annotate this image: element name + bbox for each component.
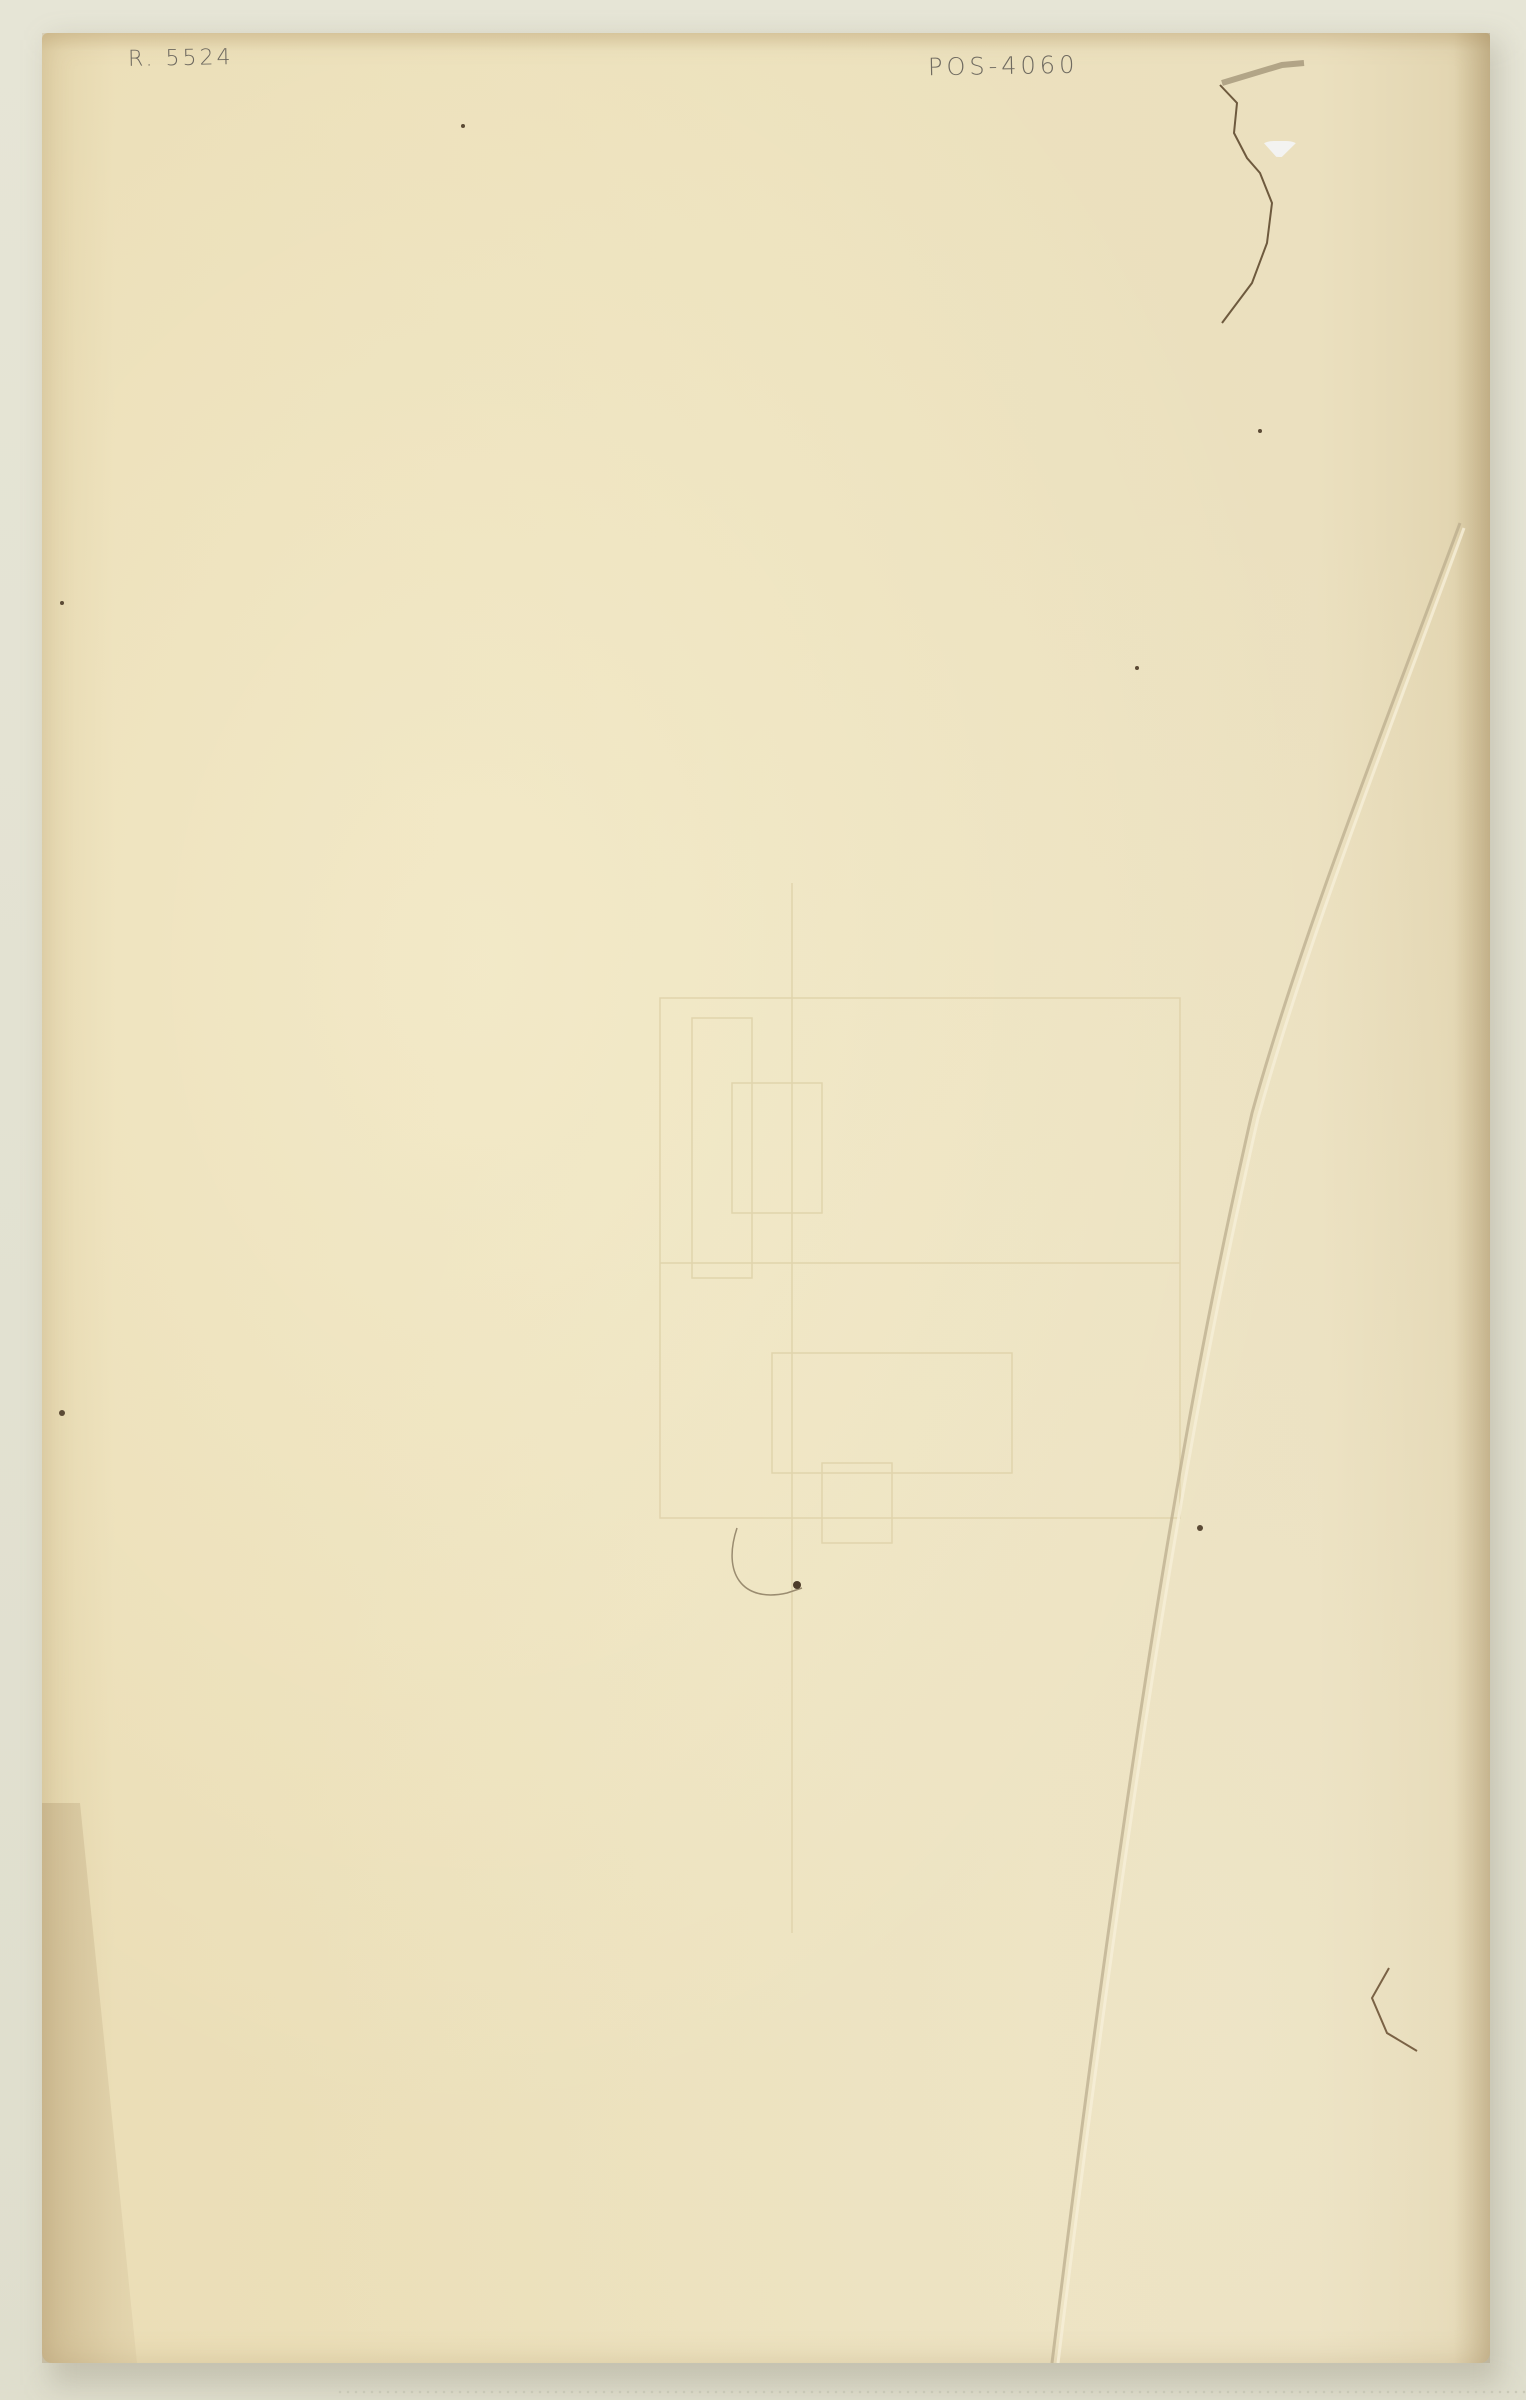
paper-sheet bbox=[42, 33, 1490, 2363]
show-through-drawing bbox=[660, 883, 1180, 1933]
catalog-number-annotation: R. 5524 bbox=[128, 45, 234, 72]
tear-hole bbox=[1262, 141, 1298, 157]
paper-creases-and-tears bbox=[42, 33, 1490, 2363]
reference-number-annotation: POS-4060 bbox=[928, 51, 1079, 82]
edge-discoloration bbox=[1454, 33, 1490, 2363]
folded-corner-left bbox=[42, 1803, 137, 2363]
sheet-top-edge bbox=[42, 33, 1490, 51]
scan-edge-dots bbox=[336, 2390, 1526, 2394]
